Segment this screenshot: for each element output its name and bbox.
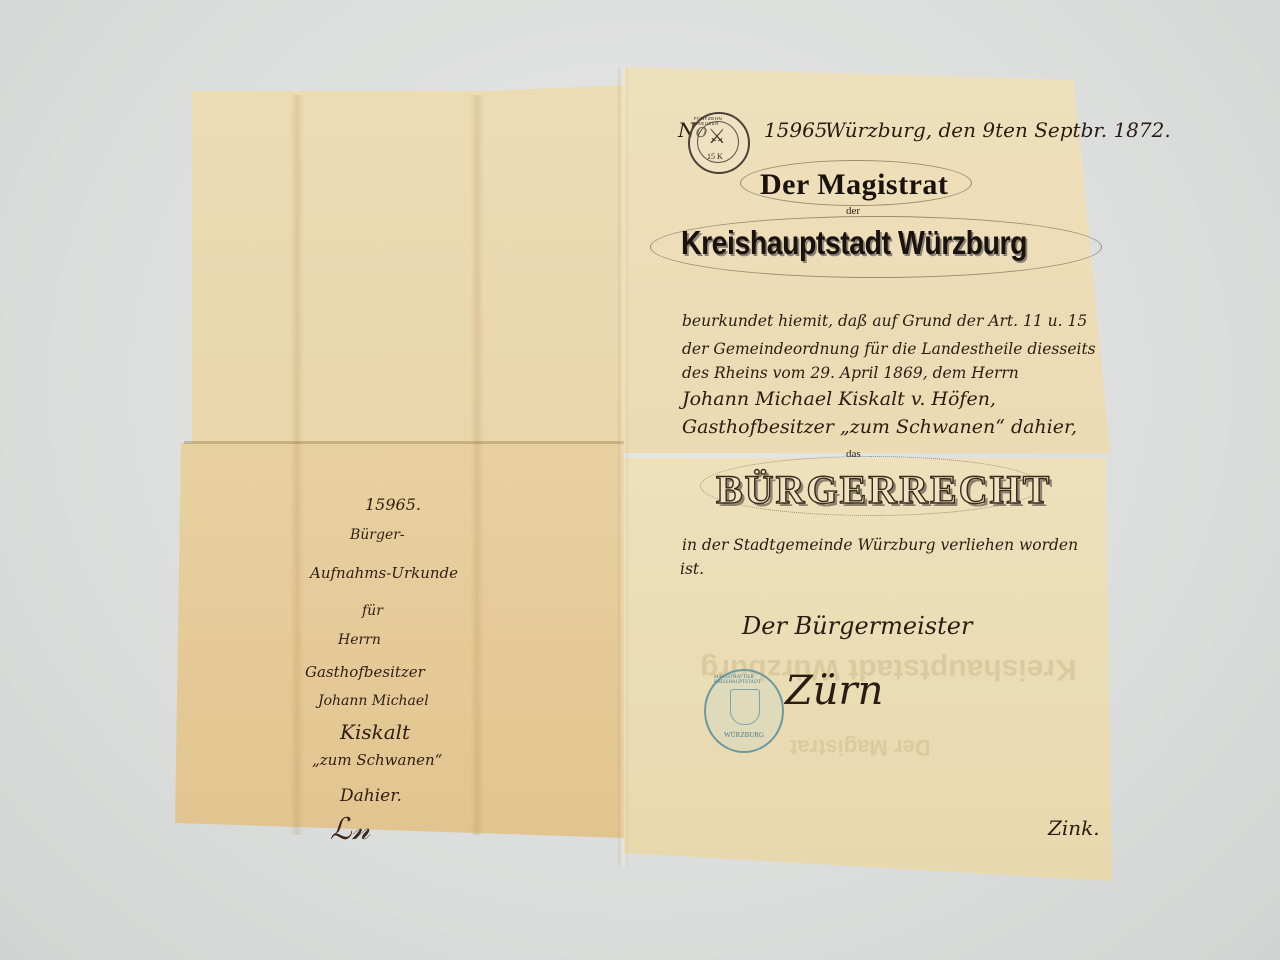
clerk-mark: Zink. bbox=[1048, 816, 1100, 840]
seal-ring-text: MAGISTRAT DER KREISHAUPTSTADT bbox=[714, 675, 782, 685]
docket-line: 15965. bbox=[365, 495, 421, 514]
docket-line: „zum Schwanen“ bbox=[312, 751, 442, 769]
issuer-city: Kreishauptstadt Würzburg bbox=[681, 224, 1027, 262]
mayor-title: Der Bürgermeister bbox=[742, 612, 972, 640]
docket-surname: Kiskalt bbox=[340, 720, 410, 744]
place-and-date: Würzburg, den 9ten Septbr. 1872. bbox=[825, 118, 1171, 142]
tax-stamp: FÜNFZEHN KREUZER ⚔ 15 K bbox=[688, 112, 750, 174]
crossed-swords-crown-icon: ⚔ bbox=[708, 124, 726, 148]
coat-of-arms-shield-icon bbox=[730, 689, 760, 725]
center-fold bbox=[618, 67, 628, 867]
body-line: der Gemeindeordnung für die Landestheile… bbox=[682, 340, 1096, 358]
number-value: 15965. bbox=[764, 118, 834, 142]
docket-line: Dahier. bbox=[340, 786, 402, 806]
tax-stamp-value: 15 K bbox=[707, 152, 723, 161]
fold-crease bbox=[470, 95, 484, 835]
docket-line: Herrn bbox=[338, 632, 381, 648]
docket-paraph-signature: ℒ𝓃 bbox=[330, 812, 370, 847]
city-seal: MAGISTRAT DER KREISHAUPTSTADT WÜRZBURG bbox=[704, 669, 784, 753]
grant-line: ist. bbox=[680, 560, 704, 578]
mayor-signature: Zürn bbox=[785, 668, 883, 714]
docket-line: für bbox=[362, 603, 383, 619]
fold-crease-horizontal bbox=[184, 441, 624, 444]
recipient-occupation: Gasthofbesitzer „zum Schwanen“ dahier, bbox=[682, 416, 1077, 438]
docket-line: Aufnahms-Urkunde bbox=[310, 564, 458, 582]
docket-line: Gasthofbesitzer bbox=[305, 663, 425, 681]
issuer-title: Der Magistrat bbox=[760, 168, 948, 202]
docket-line: Johann Michael bbox=[318, 693, 429, 709]
recipient-name: Johann Michael Kiskalt v. Höfen, bbox=[682, 388, 996, 410]
body-line: des Rheins vom 29. April 1869, dem Herrn bbox=[682, 364, 1019, 382]
seal-city: WÜRZBURG bbox=[724, 731, 764, 739]
body-line: beurkundet hiemit, daß auf Grund der Art… bbox=[682, 312, 1087, 330]
bleed-through-text: Der Magistrat bbox=[790, 734, 931, 760]
grant-line: in der Stadtgemeinde Würzburg verliehen … bbox=[682, 536, 1078, 554]
docket-line: Bürger- bbox=[350, 527, 405, 543]
sheet-left-upper-panel bbox=[192, 85, 624, 445]
fold-crease bbox=[290, 95, 304, 835]
grant-title: BÜRGERRECHT bbox=[716, 466, 1051, 513]
